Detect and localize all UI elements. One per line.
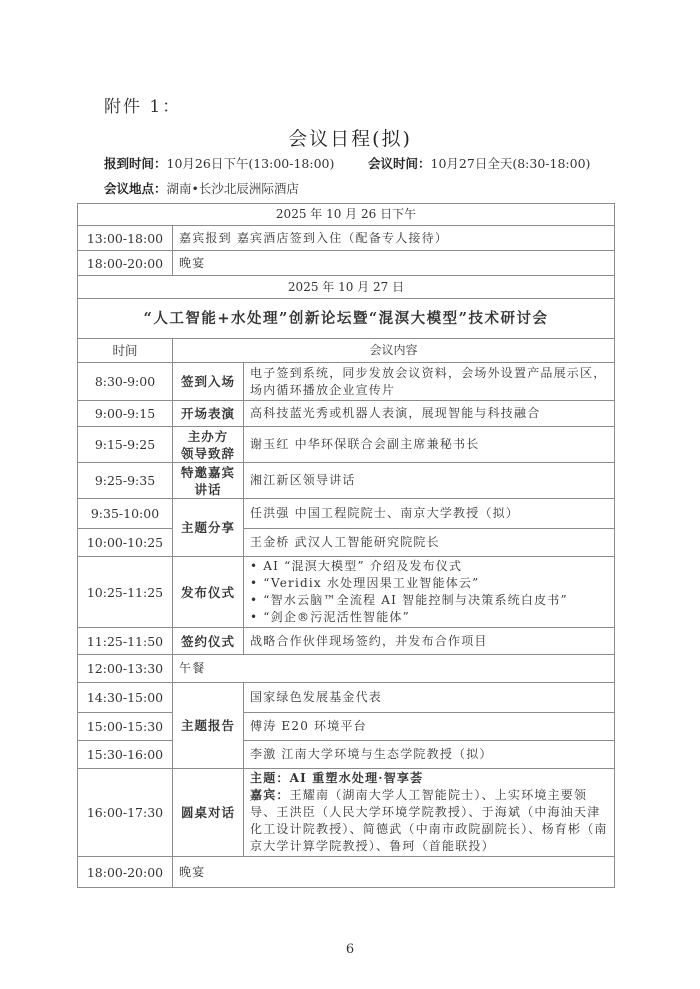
- registration-label: 报到时间：: [104, 156, 167, 171]
- row-category: 开场表演: [173, 401, 244, 427]
- row-content: 谢玉红 中华环保联合会副主席兼秘书长: [244, 427, 615, 463]
- table-row: 9:00-9:15 开场表演 高科技蓝光秀或机器人表演，展现智能与科技融合: [78, 401, 615, 427]
- topic-label: 主题：: [250, 771, 290, 785]
- row-content: 晚宴: [173, 857, 615, 888]
- day1-date-row: 2025 年 10 月 26 日下午: [78, 204, 615, 226]
- row-category: 特邀嘉宾 讲话: [173, 463, 244, 499]
- row-time: 9:15-9:25: [78, 427, 173, 463]
- row-time: 14:30-15:00: [78, 683, 173, 713]
- row-content: 嘉宾报到 嘉宾酒店签到入住（配备专人接待）: [173, 226, 615, 251]
- row-content: 午餐: [173, 655, 615, 683]
- table-row: 12:00-13:30 午餐: [78, 655, 615, 683]
- row-time: 15:30-16:00: [78, 741, 173, 769]
- table-row: 8:30-9:00 签到入场 电子签到系统，同步发放会议资料，会场外设置产品展示…: [78, 363, 615, 401]
- attachment-label: 附件 1：: [104, 92, 181, 117]
- row-content: 电子签到系统，同步发放会议资料，会场外设置产品展示区，场内循环播放企业宣传片: [244, 363, 615, 401]
- row-time: 10:25-11:25: [78, 557, 173, 628]
- bullet-item: • “智水云脑™全流程 AI 智能控制与决策系统白皮书”: [250, 592, 608, 609]
- day1-date-header: 2025 年 10 月 26 日下午: [78, 204, 615, 226]
- schedule-table: 2025 年 10 月 26 日下午 13:00-18:00 嘉宾报到 嘉宾酒店…: [77, 203, 615, 888]
- row-content: 国家绿色发展基金代表: [244, 683, 615, 713]
- row-content: 李激 江南大学环境与生态学院教授（拟）: [244, 741, 615, 769]
- forum-title-row: “人工智能+水处理”创新论坛暨“混溟大模型”技术研讨会: [78, 299, 615, 339]
- row-time: 9:25-9:35: [78, 463, 173, 499]
- column-header-time: 时间: [78, 339, 173, 363]
- row-category: 发布仪式: [173, 557, 244, 628]
- row-content: 高科技蓝光秀或机器人表演，展现智能与科技融合: [244, 401, 615, 427]
- row-time: 9:00-9:15: [78, 401, 173, 427]
- meeting-time: 会议时间：10月27日全天(8:30-18:00): [368, 154, 590, 172]
- row-category: 圆桌对话: [173, 769, 244, 857]
- row-time: 11:25-11:50: [78, 628, 173, 655]
- bullet-item: • “Veridix 水处理因果工业智能体云”: [250, 575, 608, 592]
- roundtable-topic: 主题：AI 重塑水处理·智享荟: [250, 770, 608, 787]
- forum-title: “人工智能+水处理”创新论坛暨“混溟大模型”技术研讨会: [78, 299, 615, 339]
- table-row: 16:00-17:30 圆桌对话 主题：AI 重塑水处理·智享荟 嘉宾：王耀南（…: [78, 769, 615, 857]
- registration-value: 10月26日下午(13:00-18:00): [167, 156, 335, 171]
- document-title: 会议日程(拟): [0, 124, 700, 151]
- topic-value: AI 重塑水处理·智享荟: [290, 771, 424, 785]
- row-content: 任洪强 中国工程院院士、南京大学教授（拟）: [244, 499, 615, 529]
- row-time: 12:00-13:30: [78, 655, 173, 683]
- row-content: 战略合作伙伴现场签约，并发布合作项目: [244, 628, 615, 655]
- row-category: 主办方 领导致辞: [173, 427, 244, 463]
- meeting-time-value: 10月27日全天(8:30-18:00): [431, 156, 591, 171]
- table-row: 9:35-10:00 主题分享 任洪强 中国工程院院士、南京大学教授（拟）: [78, 499, 615, 529]
- registration-time: 报到时间：10月26日下午(13:00-18:00): [104, 154, 334, 172]
- table-row: 15:00-15:30 傅涛 E20 环境平台: [78, 713, 615, 741]
- page-number: 6: [0, 942, 700, 957]
- row-time: 13:00-18:00: [78, 226, 173, 251]
- table-row: 15:30-16:00 李激 江南大学环境与生态学院教授（拟）: [78, 741, 615, 769]
- bullet-item: • “剑企®污泥活性智能体”: [250, 609, 608, 626]
- roundtable-content: 主题：AI 重塑水处理·智享荟 嘉宾：王耀南（湖南大学人工智能院士）、上实环境主…: [244, 769, 615, 857]
- row-category: 主题报告: [173, 683, 244, 769]
- table-row: 11:25-11:50 签约仪式 战略合作伙伴现场签约，并发布合作项目: [78, 628, 615, 655]
- day2-date-header: 2025 年 10 月 27 日: [78, 276, 615, 299]
- row-content: 湘江新区领导讲话: [244, 463, 615, 499]
- release-bullets: • AI “混溟大模型” 介绍及发布仪式 • “Veridix 水处理因果工业智…: [244, 557, 615, 628]
- row-content: 傅涛 E20 环境平台: [244, 713, 615, 741]
- column-header-content: 会议内容: [173, 339, 615, 363]
- table-row: 13:00-18:00 嘉宾报到 嘉宾酒店签到入住（配备专人接待）: [78, 226, 615, 251]
- venue: 会议地点：湖南•长沙北辰洲际酒店: [104, 179, 299, 197]
- row-time: 10:00-10:25: [78, 529, 173, 557]
- row-time: 9:35-10:00: [78, 499, 173, 529]
- row-time: 16:00-17:30: [78, 769, 173, 857]
- table-row: 9:25-9:35 特邀嘉宾 讲话 湘江新区领导讲话: [78, 463, 615, 499]
- venue-value: 湖南•长沙北辰洲际酒店: [167, 181, 299, 196]
- row-category: 主题分享: [173, 499, 244, 557]
- day2-date-row: 2025 年 10 月 27 日: [78, 276, 615, 299]
- row-category: 签约仪式: [173, 628, 244, 655]
- table-row: 10:00-10:25 王金桥 武汉人工智能研究院院长: [78, 529, 615, 557]
- guests-label: 嘉宾：: [250, 788, 290, 802]
- row-content: 王金桥 武汉人工智能研究院院长: [244, 529, 615, 557]
- roundtable-guests: 嘉宾：王耀南（湖南大学人工智能院士）、上实环境主要领导、王洪臣（人民大学环境学院…: [250, 787, 608, 855]
- venue-label: 会议地点：: [104, 181, 167, 196]
- row-content: 晚宴: [173, 251, 615, 276]
- row-time: 18:00-20:00: [78, 251, 173, 276]
- column-header-row: 时间 会议内容: [78, 339, 615, 363]
- row-time: 18:00-20:00: [78, 857, 173, 888]
- meeting-time-label: 会议时间：: [368, 156, 431, 171]
- table-row: 9:15-9:25 主办方 领导致辞 谢玉红 中华环保联合会副主席兼秘书长: [78, 427, 615, 463]
- bullet-item: • AI “混溟大模型” 介绍及发布仪式: [250, 558, 608, 575]
- table-row: 14:30-15:00 主题报告 国家绿色发展基金代表: [78, 683, 615, 713]
- table-row: 18:00-20:00 晚宴: [78, 251, 615, 276]
- table-row: 10:25-11:25 发布仪式 • AI “混溟大模型” 介绍及发布仪式 • …: [78, 557, 615, 628]
- row-category: 签到入场: [173, 363, 244, 401]
- row-time: 15:00-15:30: [78, 713, 173, 741]
- guests-value: 王耀南（湖南大学人工智能院士）、上实环境主要领导、王洪臣（人民大学环境学院教授）…: [250, 788, 608, 853]
- row-time: 8:30-9:00: [78, 363, 173, 401]
- table-row: 18:00-20:00 晚宴: [78, 857, 615, 888]
